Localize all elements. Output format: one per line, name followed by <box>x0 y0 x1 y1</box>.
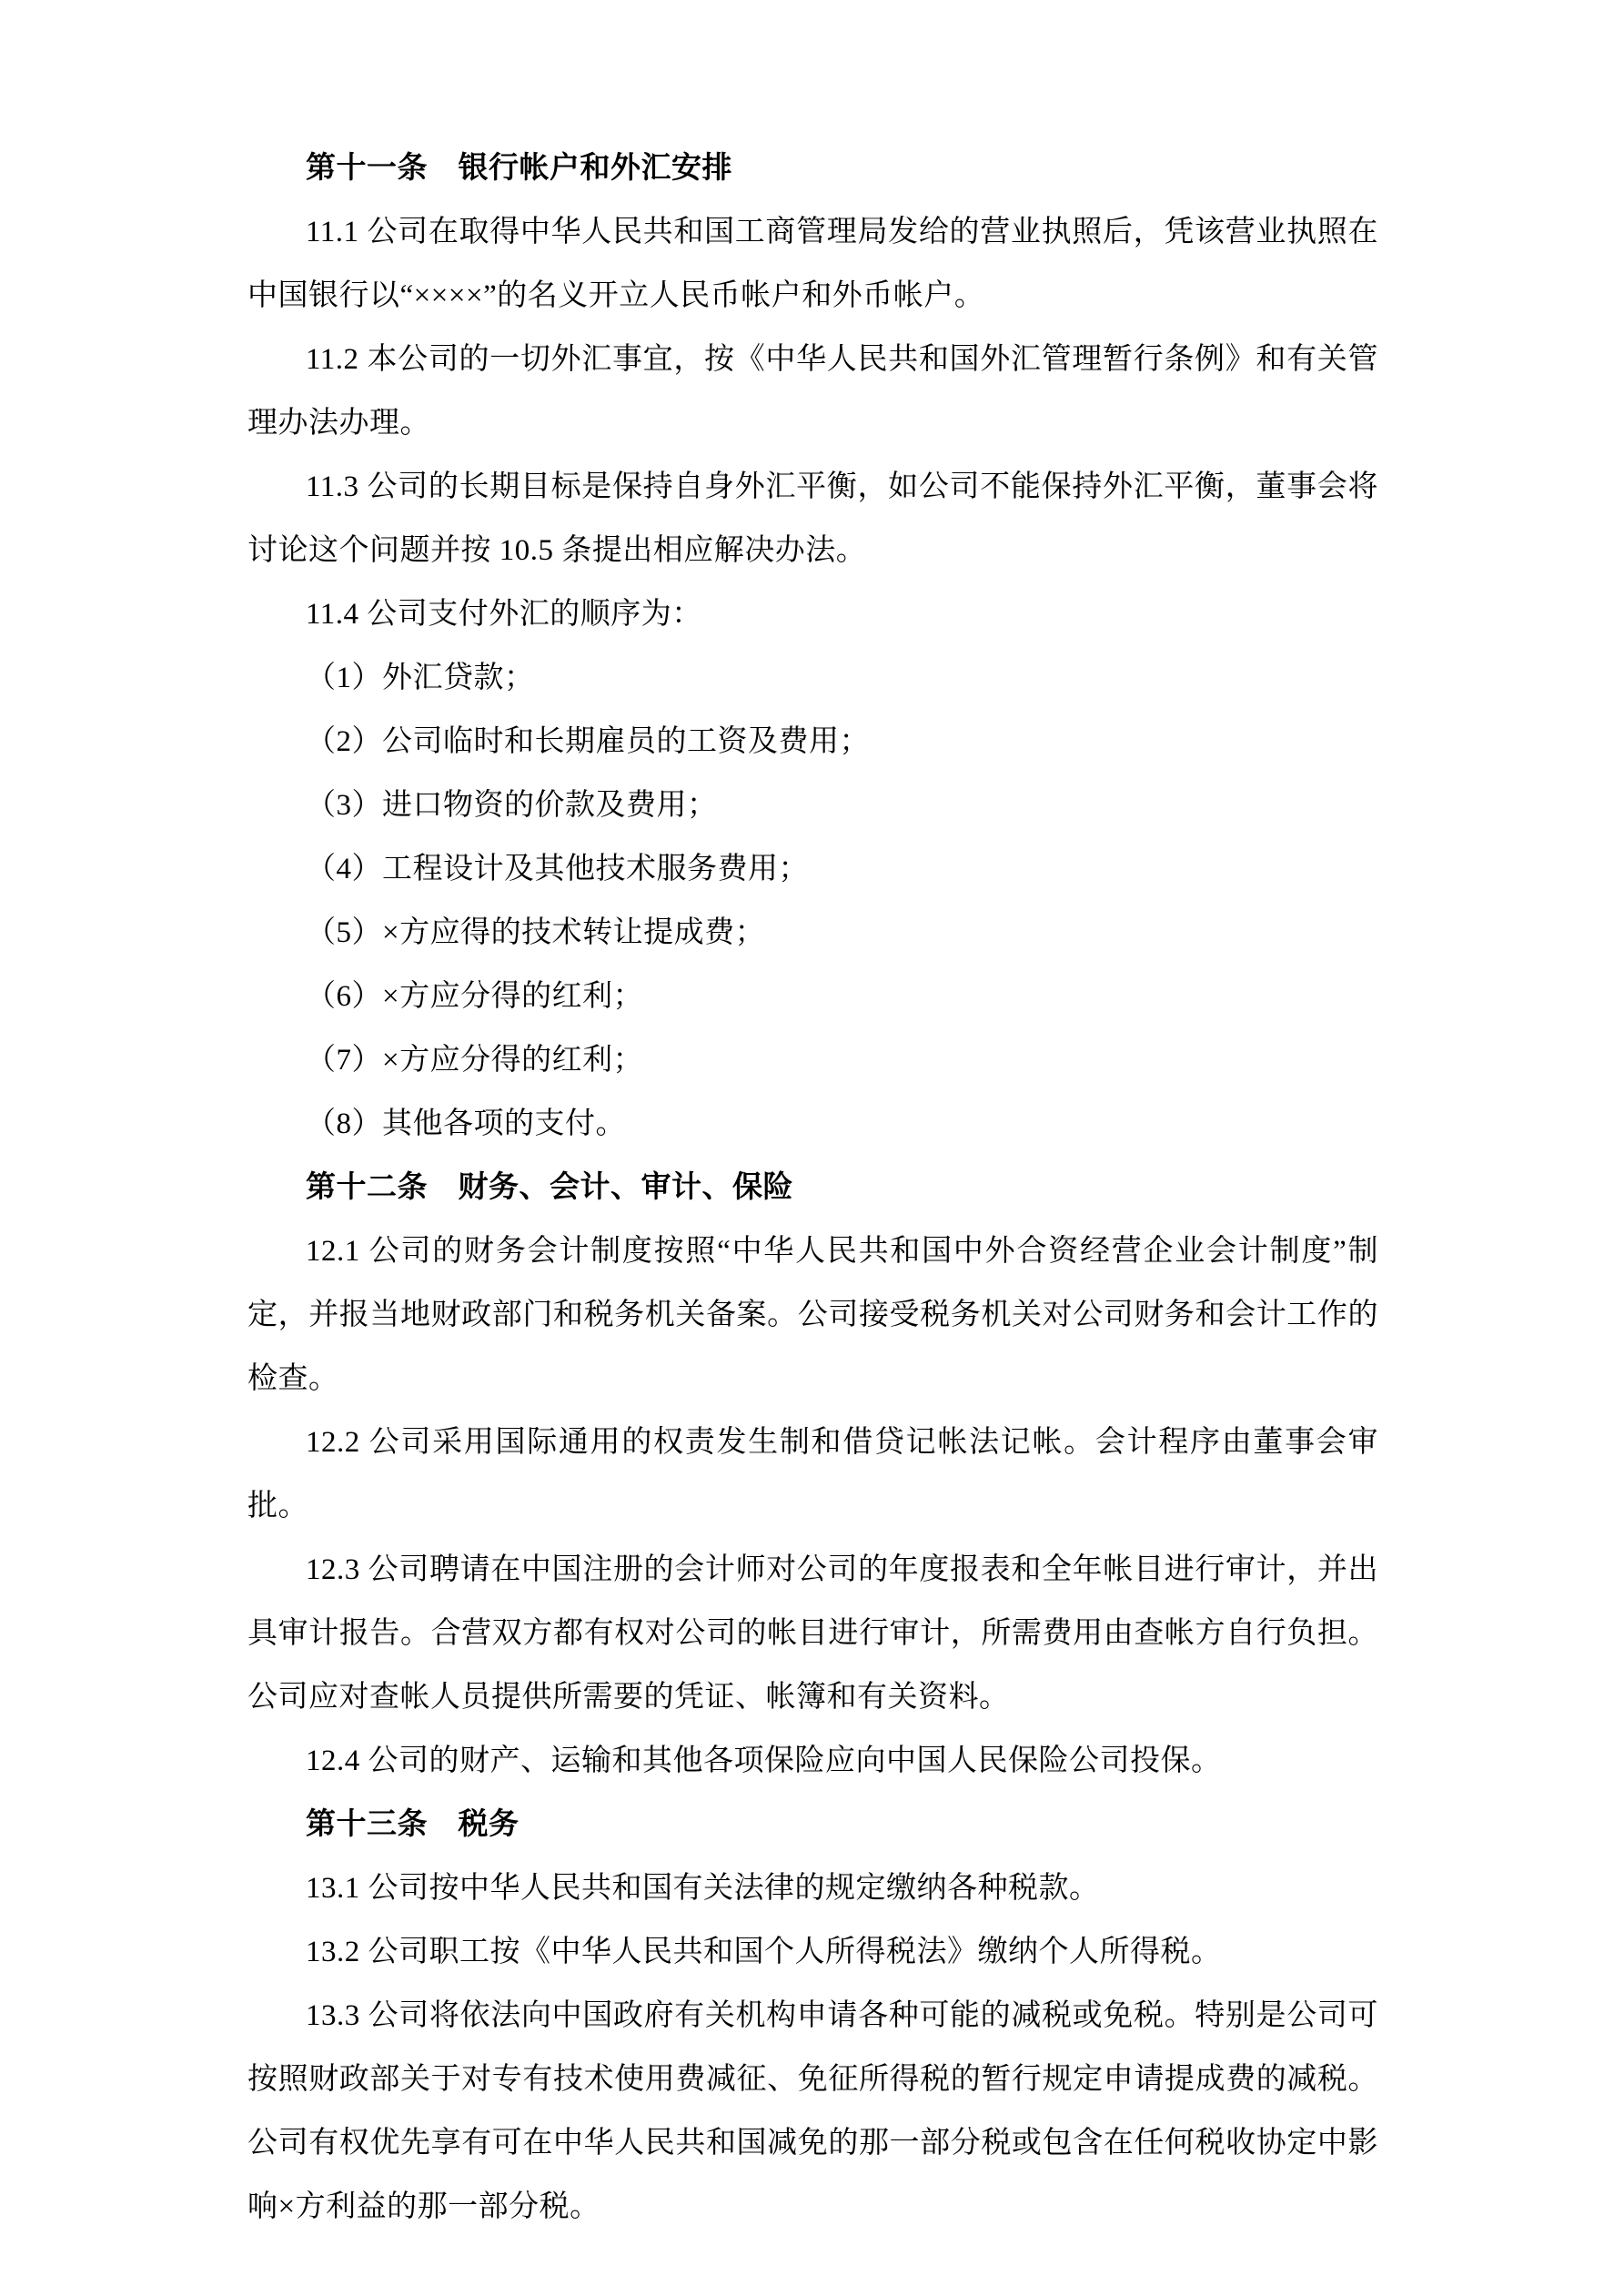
document-page: 第十一条 银行帐户和外汇安排11.1 公司在取得中华人民共和国工商管理局发给的营… <box>0 0 1624 2296</box>
list-item: （3）进口物资的价款及费用； <box>247 774 1378 837</box>
body-paragraph: 12.3 公司聘请在中国注册的会计师对公司的年度报表和全年帐目进行审计，并出具审… <box>247 1538 1378 1729</box>
body-paragraph: 11.4 公司支付外汇的顺序为： <box>247 582 1378 646</box>
body-paragraph: 12.4 公司的财产、运输和其他各项保险应向中国人民保险公司投保。 <box>247 1729 1378 1793</box>
list-item: （7）×方应分得的红利； <box>247 1028 1378 1092</box>
document-content: 第十一条 银行帐户和外汇安排11.1 公司在取得中华人民共和国工商管理局发给的营… <box>247 137 1378 2239</box>
section-heading: 第十二条 财务、会计、审计、保险 <box>247 1156 1378 1219</box>
body-paragraph: 13.3 公司将依法向中国政府有关机构申请各种可能的减税或免税。特别是公司可按照… <box>247 1984 1378 2239</box>
body-paragraph: 13.1 公司按中华人民共和国有关法律的规定缴纳各种税款。 <box>247 1856 1378 1920</box>
list-item: （4）工程设计及其他技术服务费用； <box>247 837 1378 901</box>
list-item: （5）×方应得的技术转让提成费； <box>247 901 1378 965</box>
section-heading: 第十三条 税务 <box>247 1793 1378 1856</box>
body-paragraph: 11.1 公司在取得中华人民共和国工商管理局发给的营业执照后，凭该营业执照在中国… <box>247 200 1378 328</box>
body-paragraph: 13.2 公司职工按《中华人民共和国个人所得税法》缴纳个人所得税。 <box>247 1920 1378 1984</box>
body-paragraph: 11.3 公司的长期目标是保持自身外汇平衡，如公司不能保持外汇平衡，董事会将讨论… <box>247 455 1378 582</box>
list-item: （6）×方应分得的红利； <box>247 965 1378 1028</box>
list-item: （1）外汇贷款； <box>247 646 1378 710</box>
list-item: （2）公司临时和长期雇员的工资及费用； <box>247 710 1378 774</box>
list-item: （8）其他各项的支付。 <box>247 1092 1378 1156</box>
body-paragraph: 11.2 本公司的一切外汇事宜，按《中华人民共和国外汇管理暂行条例》和有关管理办… <box>247 328 1378 455</box>
section-heading: 第十一条 银行帐户和外汇安排 <box>247 137 1378 200</box>
body-paragraph: 12.2 公司采用国际通用的权责发生制和借贷记帐法记帐。会计程序由董事会审批。 <box>247 1411 1378 1538</box>
body-paragraph: 12.1 公司的财务会计制度按照“中华人民共和国中外合资经营企业会计制度”制定，… <box>247 1219 1378 1411</box>
